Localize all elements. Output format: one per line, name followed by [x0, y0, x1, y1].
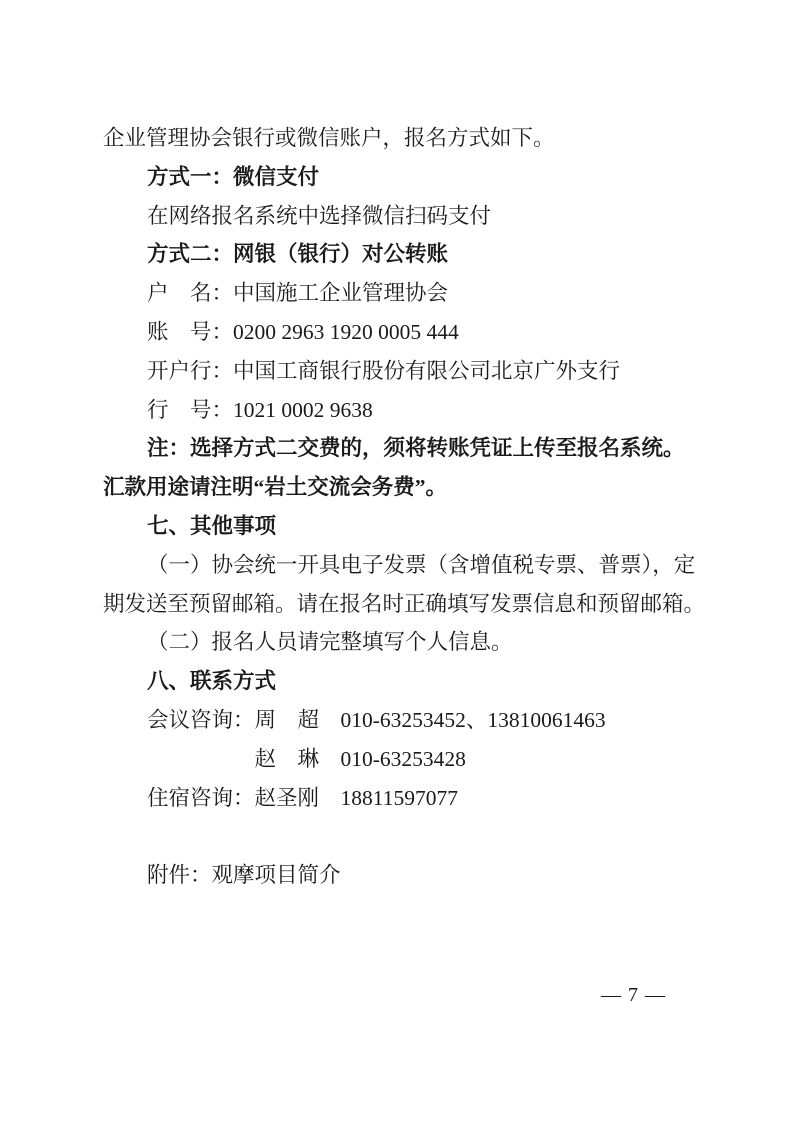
document-content: 企业管理协会银行或微信账户，报名方式如下。方式一：微信支付在网络报名系统中选择微… — [103, 119, 715, 895]
doc-line: （一）协会统一开具电子发票（含增值税专票、普票），定 — [103, 546, 715, 585]
document-page: 企业管理协会银行或微信账户，报名方式如下。方式一：微信支付在网络报名系统中选择微… — [0, 0, 800, 1131]
doc-line: 企业管理协会银行或微信账户，报名方式如下。 — [103, 119, 715, 158]
doc-line: 赵 琳 010-63253428 — [103, 740, 715, 779]
doc-line: 账 号：0200 2963 1920 0005 444 — [103, 313, 715, 352]
blank-line — [103, 817, 715, 856]
doc-line: 户 名：中国施工企业管理协会 — [103, 274, 715, 313]
doc-line: （二）报名人员请完整填写个人信息。 — [103, 623, 715, 662]
doc-line: 会议咨询：周 超 010-63253452、13810061463 — [103, 701, 715, 740]
doc-line: 住宿咨询：赵圣刚 18811597077 — [103, 779, 715, 818]
doc-line: 期发送至预留邮箱。请在报名时正确填写发票信息和预留邮箱。 — [103, 585, 715, 624]
doc-line: 七、其他事项 — [103, 507, 715, 546]
doc-line: 方式一：微信支付 — [103, 158, 715, 197]
doc-line: 附件：观摩项目简介 — [103, 856, 715, 895]
doc-line: 汇款用途请注明“岩土交流会务费”。 — [103, 468, 715, 507]
doc-line: 注：选择方式二交费的，须将转账凭证上传至报名系统。 — [103, 429, 715, 468]
doc-line: 八、联系方式 — [103, 662, 715, 701]
doc-line: 方式二：网银（银行）对公转账 — [103, 235, 715, 274]
doc-line: 行 号：1021 0002 9638 — [103, 391, 715, 430]
page-number: — 7 — — [601, 984, 666, 1007]
doc-line: 开户行：中国工商银行股份有限公司北京广外支行 — [103, 352, 715, 391]
doc-line: 在网络报名系统中选择微信扫码支付 — [103, 197, 715, 236]
